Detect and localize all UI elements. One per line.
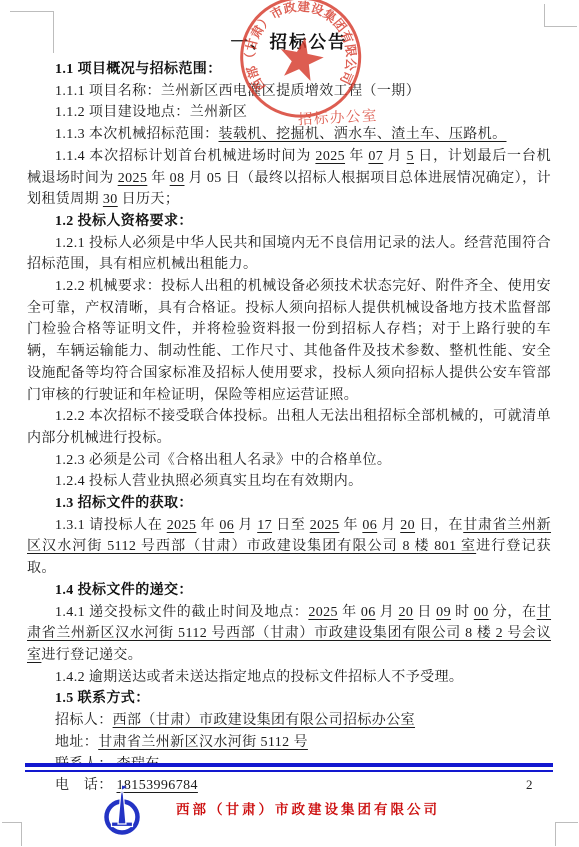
text-run: 1.2 投标人资格要求： [55, 214, 193, 229]
paragraph: 1.3.1 请投标人在 2025 年 06 月 17 日至 2025 年 06 … [27, 515, 551, 580]
text-run: 日，在 [415, 518, 463, 533]
text-run: 1.2.2 本次招标不接受联合体投标。出租人无法出租招标全部机械的，可就清单内部… [27, 409, 551, 446]
underlined-text-run: 甘肃省兰州新区汉水河街 5112 号 [98, 735, 308, 750]
underlined-text-run: 00 [474, 605, 489, 620]
text-run: 1.4 投标文件的递交： [55, 583, 193, 598]
underlined-text-run: 09 [436, 605, 451, 620]
paragraph: 1.1.3 本次机械招标范围：装载机、挖掘机、洒水车、渣土车、压路机。 [27, 124, 551, 146]
underlined-text-run: 装载机、挖掘机、洒水车、渣土车、压路机。 [219, 127, 507, 142]
text-run: 日 [413, 605, 436, 620]
text-run: 月 [383, 149, 406, 164]
paragraph: 1.2.3 必须是公司《合格出租人名录》中的合格单位。 [27, 450, 551, 472]
underlined-text-run: 2025 [315, 149, 345, 164]
paragraph: 1.2.4 投标人营业执照必须真实且均在有效期内。 [27, 471, 551, 493]
paragraph: 1.2.2 本次招标不接受联合体投标。出租人无法出租招标全部机械的，可就清单内部… [27, 406, 551, 449]
text-run: 年 [345, 149, 368, 164]
text-run: 1.4.2 逾期送达或者未送达指定地点的投标文件招标人不予受理。 [55, 670, 463, 685]
text-run: 月 [377, 518, 400, 533]
underlined-text-run: 2025 [167, 518, 197, 533]
underlined-text-run: 17 [257, 518, 272, 533]
section-heading: 1.4 投标文件的递交： [27, 580, 551, 602]
underlined-text-run: 2025 [308, 605, 338, 620]
underlined-text-run: 西部（甘肃）市政建设集团有限公司招标办公室 [113, 713, 415, 728]
text-run: 1.5 联系方式： [55, 691, 150, 706]
text-run: 月 [234, 518, 257, 533]
section-heading: 1.5 联系方式： [27, 688, 551, 710]
paragraph: 地址：甘肃省兰州新区汉水河街 5112 号 [27, 732, 551, 754]
underlined-text-run: 2025 [310, 518, 340, 533]
text-run: 1.2.3 必须是公司《合格出租人名录》中的合格单位。 [55, 453, 391, 468]
paragraph: 1.2.2 机械要求：投标人出租的机械设备必须技术状态完好、附件齐全、使用安全可… [27, 276, 551, 406]
text-run: 招标人： [55, 713, 113, 728]
page-number: 2 [526, 777, 533, 793]
underlined-text-run: 20 [400, 518, 415, 533]
text-run: 1.3 招标文件的获取： [55, 496, 193, 511]
text-run: 年 [339, 518, 362, 533]
text-run: 1.1 项目概况与招标范围： [55, 62, 222, 77]
underlined-text-run: 5 [407, 149, 414, 164]
company-logo-icon [102, 785, 142, 837]
underlined-text-run: 20 [399, 605, 414, 620]
footer-separator-line [25, 763, 553, 772]
text-run: 1.2.4 投标人营业执照必须真实且均在有效期内。 [55, 474, 363, 489]
text-run: 时 [451, 605, 474, 620]
paragraph: 招标人：西部（甘肃）市政建设集团有限公司招标办公室 [27, 710, 551, 732]
text-run: 1.4.1 递交投标文件的截止时间及地点： [55, 605, 308, 620]
underlined-text-run: 06 [361, 605, 376, 620]
text-run: 年 [196, 518, 219, 533]
text-run: 分，在 [489, 605, 537, 620]
document-title: 一、招标公告 [27, 30, 551, 54]
text-run: 1.1.1 项目名称：兰州新区西电灌区提质增效工程（一期） [55, 84, 420, 99]
text-run: 日至 [272, 518, 310, 533]
text-run: 1.2.1 投标人必须是中华人民共和国境内无不良信用记录的法人。经营范围符合招标… [27, 236, 551, 273]
text-run: 1.3.1 请投标人在 [55, 518, 167, 533]
text-run: 年 [147, 171, 169, 186]
document-content: 一、招标公告 1.1 项目概况与招标范围：1.1.1 项目名称：兰州新区西电灌区… [27, 30, 551, 797]
underlined-text-run: 2025 [118, 171, 148, 186]
text-run: 地址： [55, 735, 98, 750]
text-run: 1.1.4 本次招标计划首台机械进场时间为 [55, 149, 315, 164]
section-heading: 1.2 投标人资格要求： [27, 211, 551, 233]
text-run: 1.1.3 本次机械招标范围： [55, 127, 219, 142]
paragraph: 1.4.2 逾期送达或者未送达指定地点的投标文件招标人不予受理。 [27, 667, 551, 689]
document-page: 一、招标公告 1.1 项目概况与招标范围：1.1.1 项目名称：兰州新区西电灌区… [0, 0, 579, 847]
text-run: 年 [338, 605, 361, 620]
underlined-text-run: 08 [170, 171, 185, 186]
paragraph: 1.4.1 递交投标文件的截止时间及地点：2025 年 06 月 20 日 09… [27, 602, 551, 667]
paragraph: 1.1.1 项目名称：兰州新区西电灌区提质增效工程（一期） [27, 81, 551, 103]
document-body: 1.1 项目概况与招标范围：1.1.1 项目名称：兰州新区西电灌区提质增效工程（… [27, 59, 551, 797]
paragraph: 1.1.4 本次招标计划首台机械进场时间为 2025 年 07 月 5 日，计划… [27, 146, 551, 211]
footer-company-name: 西部（甘肃）市政建设集团有限公司 [176, 798, 440, 818]
underlined-text-run: 06 [219, 518, 234, 533]
underlined-text-run: 30 [103, 192, 118, 207]
section-heading: 1.3 招标文件的获取： [27, 493, 551, 515]
paragraph: 1.1.2 项目建设地点：兰州新区 [27, 102, 551, 124]
text-run: 月 [376, 605, 399, 620]
text-run: 1.1.2 项目建设地点：兰州新区 [55, 105, 247, 120]
underlined-text-run: 07 [368, 149, 383, 164]
text-run: 1.2.2 机械要求：投标人出租的机械设备必须技术状态完好、附件齐全、使用安全可… [27, 279, 551, 403]
text-run: 日历天； [118, 192, 180, 207]
section-heading: 1.1 项目概况与招标范围： [27, 59, 551, 81]
paragraph: 1.2.1 投标人必须是中华人民共和国境内无不良信用记录的法人。经营范围符合招标… [27, 233, 551, 276]
underlined-text-run: 06 [362, 518, 377, 533]
text-run: 进行登记递交。 [41, 648, 142, 663]
